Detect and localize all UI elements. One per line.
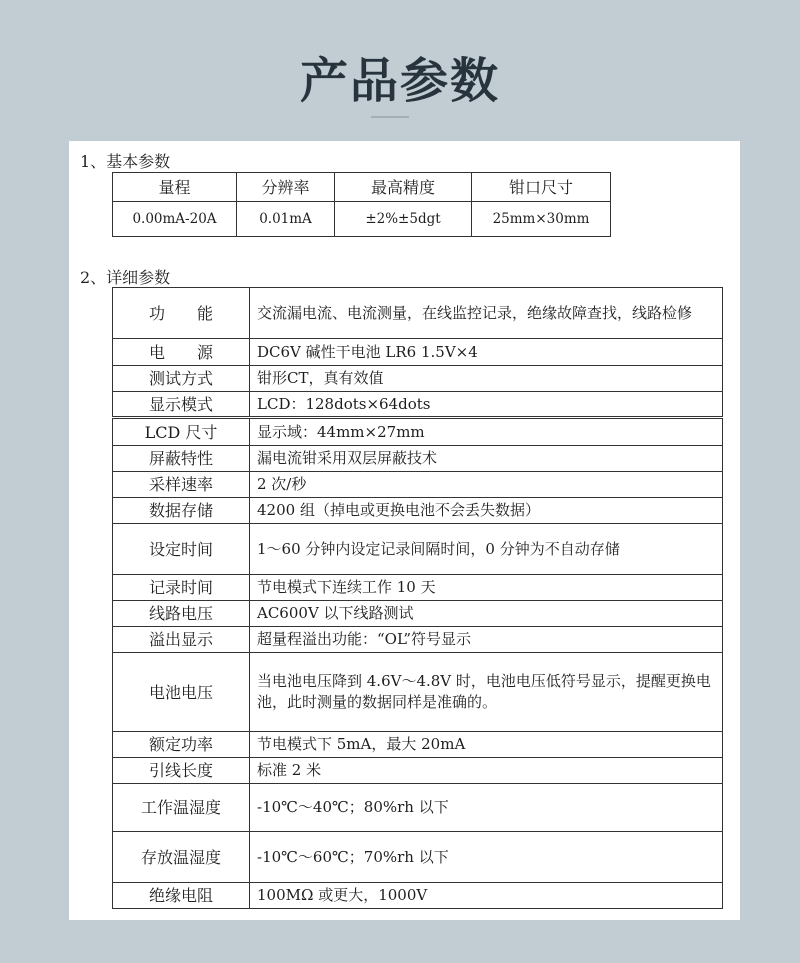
table-row: 引线长度 标准 2 米 [113, 758, 723, 784]
row-key: 电池电压 [113, 653, 250, 732]
row-value: 钳形CT，真有效值 [250, 366, 723, 392]
header-jaw-size: 钳口尺寸 [472, 173, 611, 202]
row-key: 测试方式 [113, 366, 250, 392]
header-range: 量程 [113, 173, 237, 202]
row-value: 节电模式下连续工作 10 天 [250, 575, 723, 601]
row-key: 电 源 [113, 339, 250, 366]
title-divider [371, 116, 409, 118]
header-resolution: 分辨率 [237, 173, 335, 202]
basic-values-row: 0.00mA-20A 0.01mA ±2%±5dgt 25mm×30mm [113, 202, 611, 237]
row-key: 额定功率 [113, 732, 250, 758]
row-key: 工作温湿度 [113, 784, 250, 832]
table-row: 工作温湿度 -10℃～40℃；80%rh 以下 [113, 784, 723, 832]
detail-params-table: 功 能 交流漏电流、电流测量，在线监控记录，绝缘故障查找，线路检修 电 源 DC… [112, 287, 723, 909]
row-key: 溢出显示 [113, 627, 250, 653]
row-key: 数据存储 [113, 498, 250, 524]
table-row: 电 源 DC6V 碱性干电池 LR6 1.5V×4 [113, 339, 723, 366]
row-value: 标准 2 米 [250, 758, 723, 784]
table-row: 额定功率 节电模式下 5mA，最大 20mA [113, 732, 723, 758]
basic-params-table: 量程 分辨率 最高精度 钳口尺寸 0.00mA-20A 0.01mA ±2%±5… [112, 172, 611, 237]
row-value: LCD：128dots×64dots [250, 392, 723, 418]
header-accuracy: 最高精度 [335, 173, 472, 202]
value-jaw-size: 25mm×30mm [472, 202, 611, 237]
row-key: 显示模式 [113, 392, 250, 418]
table-row: 存放温湿度 -10℃～60℃；70%rh 以下 [113, 832, 723, 883]
value-resolution: 0.01mA [237, 202, 335, 237]
row-value: 超量程溢出功能：“OL”符号显示 [250, 627, 723, 653]
table-row: 溢出显示 超量程溢出功能：“OL”符号显示 [113, 627, 723, 653]
table-row: 记录时间 节电模式下连续工作 10 天 [113, 575, 723, 601]
row-key: 存放温湿度 [113, 832, 250, 883]
table-row: 显示模式 LCD：128dots×64dots [113, 392, 723, 418]
table-row: LCD 尺寸 显示域：44mm×27mm [113, 418, 723, 446]
table-row: 功 能 交流漏电流、电流测量，在线监控记录，绝缘故障查找，线路检修 [113, 288, 723, 339]
row-value: -10℃～40℃；80%rh 以下 [250, 784, 723, 832]
row-key: 线路电压 [113, 601, 250, 627]
row-value: 漏电流钳采用双层屏蔽技术 [250, 446, 723, 472]
row-value: 2 次/秒 [250, 472, 723, 498]
table-row: 屏蔽特性 漏电流钳采用双层屏蔽技术 [113, 446, 723, 472]
row-value: 节电模式下 5mA，最大 20mA [250, 732, 723, 758]
row-value: 当电池电压降到 4.6V～4.8V 时，电池电压低符号显示，提醒更换电池，此时测… [250, 653, 723, 732]
table-row: 测试方式 钳形CT，真有效值 [113, 366, 723, 392]
table-row: 采样速率 2 次/秒 [113, 472, 723, 498]
row-value: 100MΩ 或更大，1000V [250, 883, 723, 909]
table-row: 绝缘电阻 100MΩ 或更大，1000V [113, 883, 723, 909]
table-row: 设定时间 1～60 分钟内设定记录间隔时间，0 分钟为不自动存储 [113, 524, 723, 575]
row-value: DC6V 碱性干电池 LR6 1.5V×4 [250, 339, 723, 366]
row-key: 引线长度 [113, 758, 250, 784]
row-key: LCD 尺寸 [113, 418, 250, 446]
row-key: 记录时间 [113, 575, 250, 601]
row-value: 交流漏电流、电流测量，在线监控记录，绝缘故障查找，线路检修 [250, 288, 723, 339]
value-accuracy: ±2%±5dgt [335, 202, 472, 237]
row-value: 1～60 分钟内设定记录间隔时间，0 分钟为不自动存储 [250, 524, 723, 575]
row-value: 4200 组（掉电或更换电池不会丢失数据） [250, 498, 723, 524]
basic-header-row: 量程 分辨率 最高精度 钳口尺寸 [113, 173, 611, 202]
row-value: 显示域：44mm×27mm [250, 418, 723, 446]
table-row: 电池电压 当电池电压降到 4.6V～4.8V 时，电池电压低符号显示，提醒更换电… [113, 653, 723, 732]
detail-params-heading: 2、详细参数 [80, 265, 170, 288]
row-value: -10℃～60℃；70%rh 以下 [250, 832, 723, 883]
table-row: 数据存储 4200 组（掉电或更换电池不会丢失数据） [113, 498, 723, 524]
page-title: 产品参数 [0, 42, 800, 111]
row-value: AC600V 以下线路测试 [250, 601, 723, 627]
row-key: 功 能 [113, 288, 250, 339]
row-key: 采样速率 [113, 472, 250, 498]
row-key: 屏蔽特性 [113, 446, 250, 472]
table-row: 线路电压 AC600V 以下线路测试 [113, 601, 723, 627]
row-key: 设定时间 [113, 524, 250, 575]
value-range: 0.00mA-20A [113, 202, 237, 237]
basic-params-heading: 1、基本参数 [80, 149, 170, 172]
row-key: 绝缘电阻 [113, 883, 250, 909]
